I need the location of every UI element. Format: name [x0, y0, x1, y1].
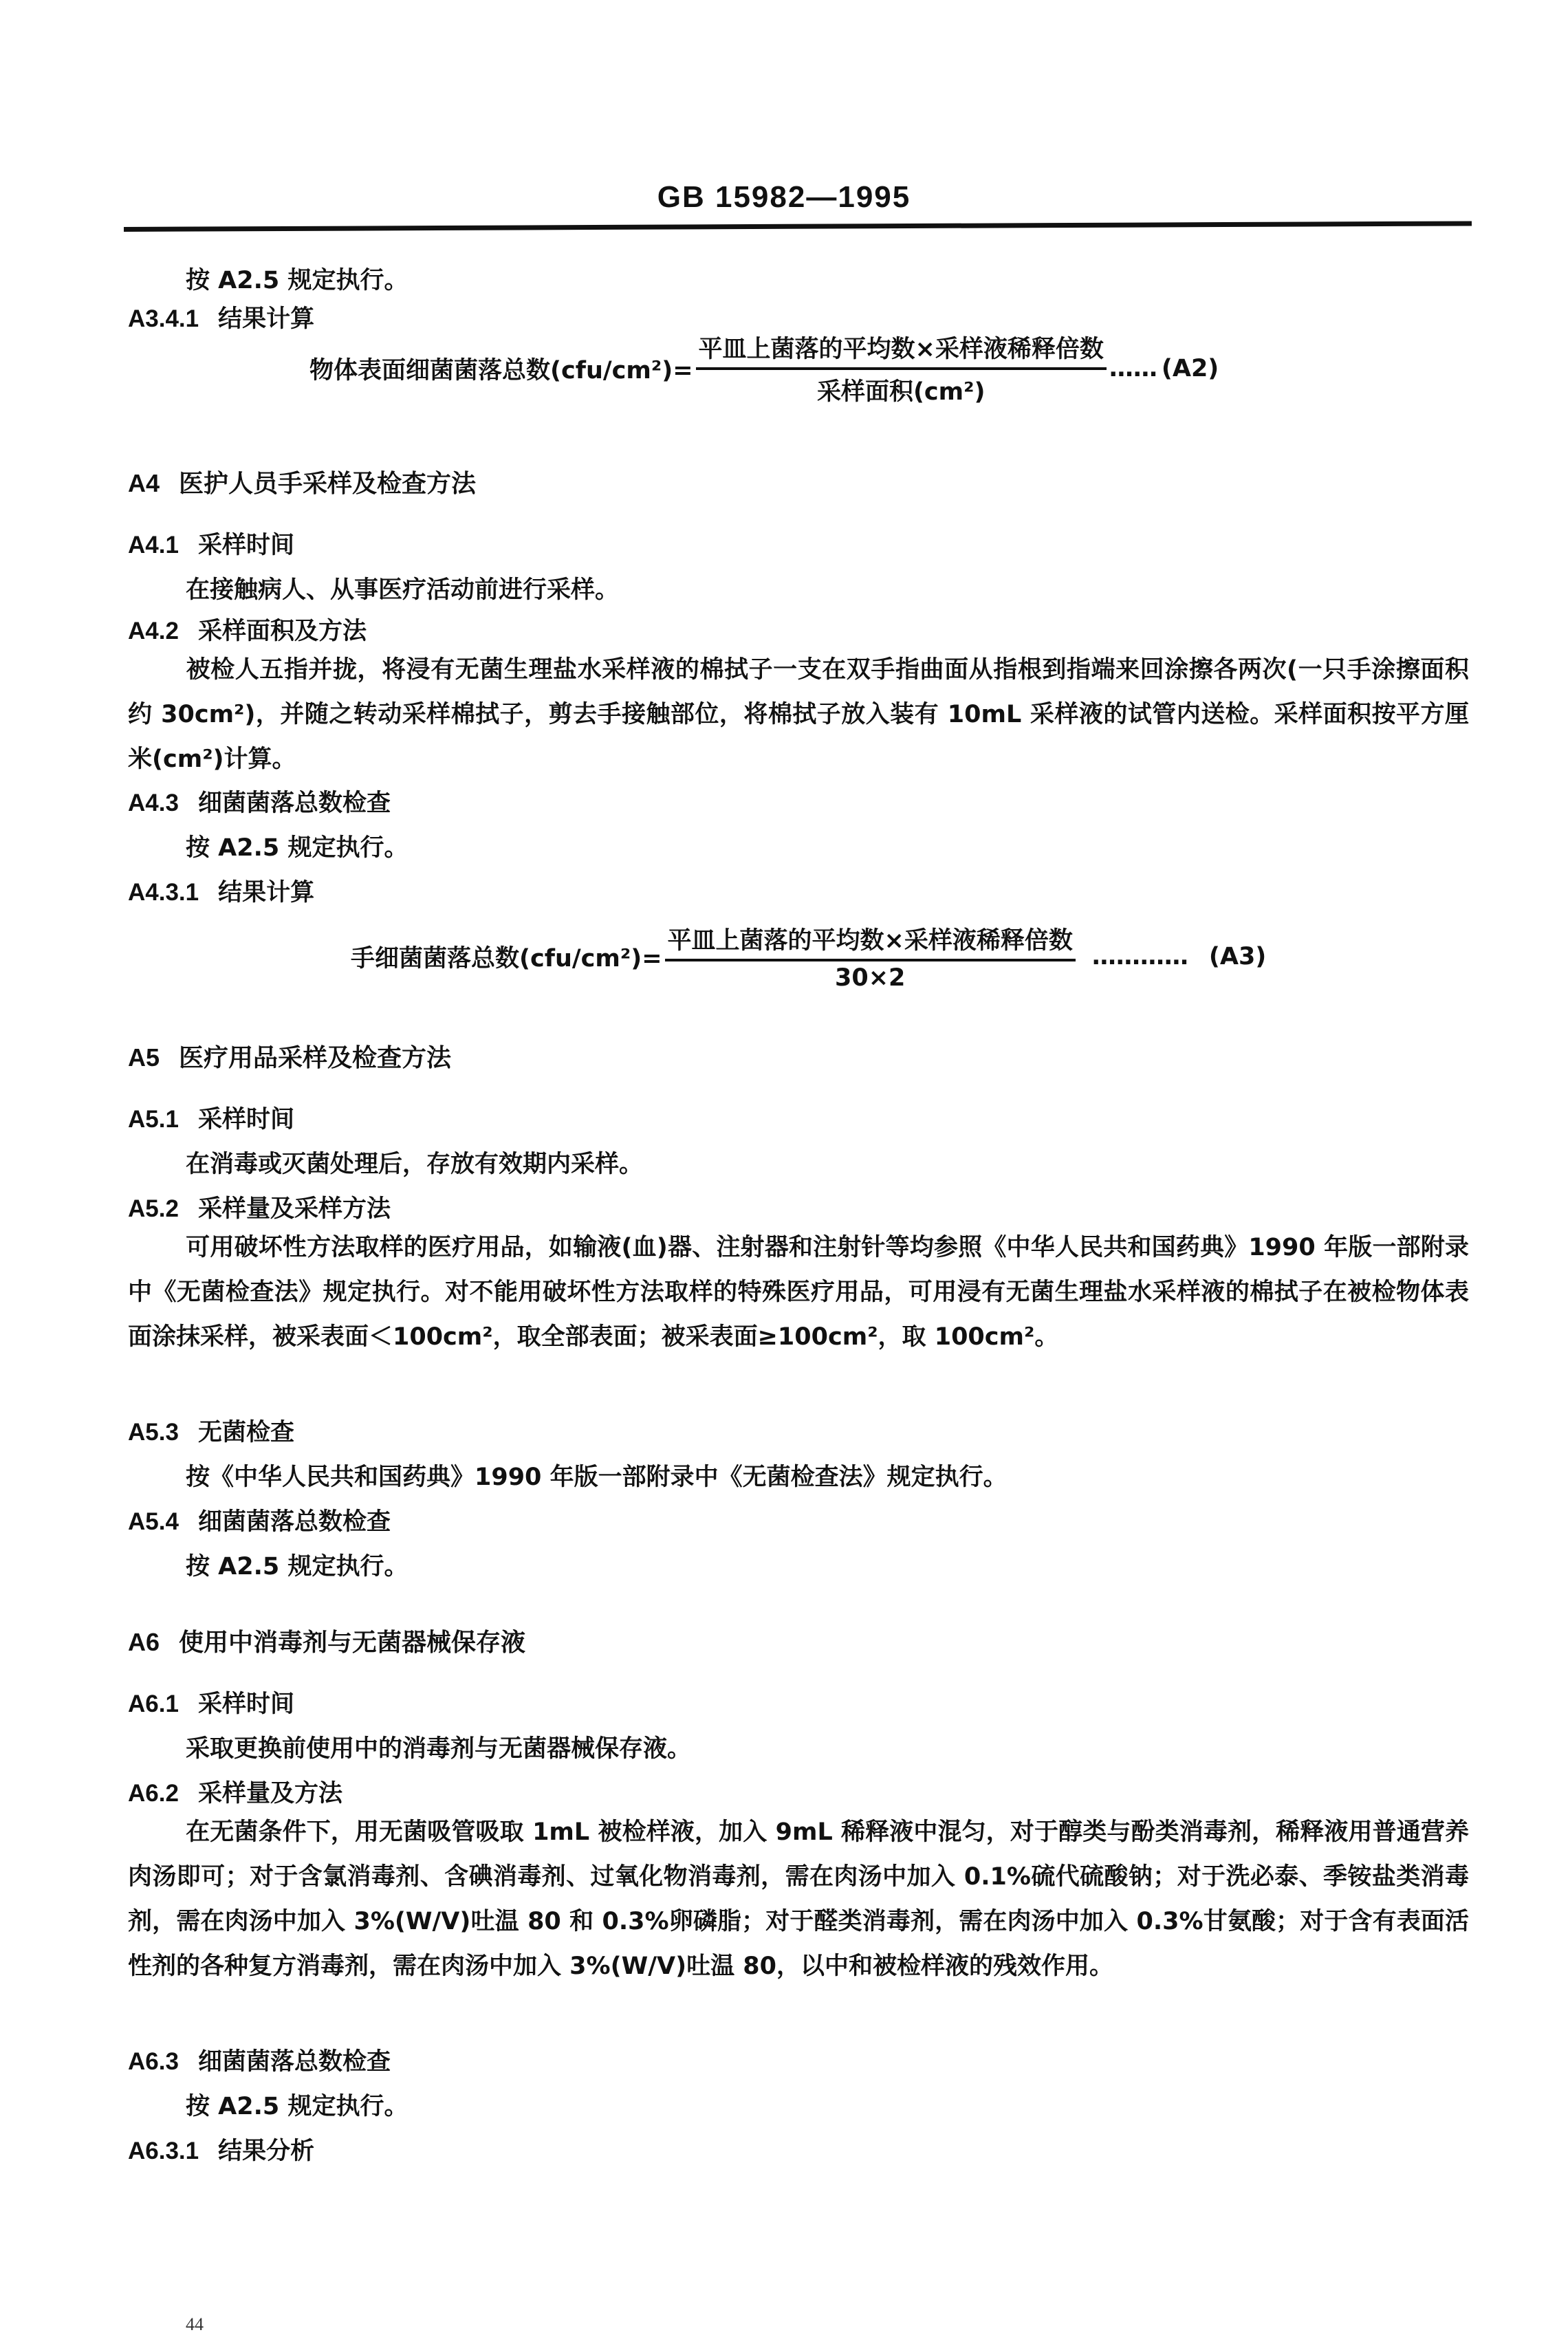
paragraph-a5-1: 在消毒或灭菌处理后，存放有效期内采样。 [186, 1145, 643, 1180]
formula-denominator: 采样面积(cm²) [817, 370, 986, 407]
section-number: A3.4.1 [128, 305, 199, 333]
section-number: A4.3.1 [128, 879, 199, 906]
section-number: A4.2 [128, 618, 179, 645]
formula-lhs: 物体表面细菌菌落总数(cfu/cm²)= [309, 351, 693, 386]
section-number: A5.1 [128, 1106, 179, 1133]
paragraph-a5-4: 按 A2.5 规定执行。 [186, 1547, 408, 1582]
section-title: 采样时间 [198, 1691, 294, 1718]
section-number: A6.1 [128, 1691, 179, 1718]
paragraph-a4-3: 按 A2.5 规定执行。 [186, 829, 408, 863]
header-divider [124, 221, 1472, 232]
paragraph-a5-2: 可用破坏性方法取样的医疗用品，如输液(血)器、注射器和注射针等均参照《中华人民共… [128, 1226, 1469, 1360]
equation-label: (A3) [1209, 943, 1266, 970]
section-heading-a5-1: A5.1采样时间 [128, 1100, 294, 1135]
paragraph-text: 被检人五指并拢，将浸有无菌生理盐水采样液的棉拭子一支在双手指曲面从指根到指端来回… [128, 656, 1469, 773]
section-heading-a3-4-1: A3.4.1结果计算 [128, 300, 314, 334]
section-heading-a5-4: A5.4细菌菌落总数检查 [128, 1503, 391, 1537]
section-title: 结果分析 [218, 2138, 314, 2165]
section-title: 医疗用品采样及检查方法 [179, 1044, 451, 1072]
section-number: A5.4 [128, 1508, 179, 1536]
formula-leader-dots: …… [1109, 355, 1157, 382]
paragraph-a6-3: 按 A2.5 规定执行。 [186, 2087, 408, 2122]
section-number: A4.3 [128, 790, 179, 817]
section-title: 采样量及方法 [198, 1780, 342, 1807]
paragraph-text: 可用破坏性方法取样的医疗用品，如输液(血)器、注射器和注射针等均参照《中华人民共… [128, 1234, 1469, 1351]
section-heading-a5-2: A5.2采样量及采样方法 [128, 1190, 391, 1224]
section-title: 细菌菌落总数检查 [198, 1508, 391, 1536]
section-number: A6 [128, 1628, 160, 1657]
section-title: 细菌菌落总数检查 [198, 790, 391, 817]
section-number: A5 [128, 1043, 160, 1072]
paragraph-a4-1: 在接触病人、从事医疗活动前进行采样。 [186, 571, 619, 605]
formula-leader-dots: ………… [1092, 943, 1188, 970]
section-heading-a6-1: A6.1采样时间 [128, 1685, 294, 1719]
section-number: A6.3 [128, 2048, 179, 2076]
section-heading-a6-3: A6.3细菌菌落总数检查 [128, 2043, 391, 2077]
formula-lhs: 手细菌菌落总数(cfu/cm²)= [351, 939, 662, 974]
formula-a3: 手细菌菌落总数(cfu/cm²)= 平皿上菌落的平均数×采样液稀释倍数 30×2… [351, 922, 1266, 992]
formula-numerator: 平皿上菌落的平均数×采样液稀释倍数 [696, 330, 1107, 370]
paragraph-a5-3: 按《中华人民共和国药典》1990 年版一部附录中《无菌检查法》规定执行。 [186, 1458, 1008, 1492]
formula-fraction: 平皿上菌落的平均数×采样液稀释倍数 30×2 [665, 922, 1076, 992]
section-title: 无菌检查 [198, 1419, 294, 1446]
section-heading-a6-2: A6.2采样量及方法 [128, 1774, 342, 1809]
formula-fraction: 平皿上菌落的平均数×采样液稀释倍数 采样面积(cm²) [696, 330, 1107, 407]
section-number: A4.1 [128, 532, 179, 559]
formula-numerator: 平皿上菌落的平均数×采样液稀释倍数 [665, 922, 1076, 961]
page-header-standard-code: GB 15982—1995 [0, 180, 1568, 215]
section-title: 使用中消毒剂与无菌器械保存液 [179, 1629, 525, 1657]
section-title: 采样量及采样方法 [198, 1195, 391, 1223]
paragraph-a4-2: 被检人五指并拢，将浸有无菌生理盐水采样液的棉拭子一支在双手指曲面从指根到指端来回… [128, 648, 1469, 782]
section-heading-a5: A5医疗用品采样及检查方法 [128, 1039, 451, 1074]
formula-denominator: 30×2 [835, 961, 905, 992]
section-title: 细菌菌落总数检查 [198, 2048, 391, 2076]
section-heading-a5-3: A5.3无菌检查 [128, 1413, 294, 1448]
section-title: 采样时间 [198, 532, 294, 559]
section-heading-a4-2: A4.2采样面积及方法 [128, 612, 367, 646]
section-number: A6.3.1 [128, 2138, 199, 2165]
section-title: 采样时间 [198, 1106, 294, 1133]
section-number: A5.2 [128, 1195, 179, 1223]
section-heading-a4-1: A4.1采样时间 [128, 526, 294, 561]
paragraph-text: 在无菌条件下，用无菌吸管吸取 1mL 被检样液，加入 9mL 稀释液中混匀，对于… [128, 1818, 1469, 1980]
section-heading-a4-3: A4.3细菌菌落总数检查 [128, 784, 391, 818]
section-title: 结果计算 [218, 879, 314, 906]
section-title: 医护人员手采样及检查方法 [179, 470, 476, 498]
paragraph-a6-2: 在无菌条件下，用无菌吸管吸取 1mL 被检样液，加入 9mL 稀释液中混匀，对于… [128, 1810, 1469, 1989]
paragraph-a6-1: 采取更换前使用中的消毒剂与无菌器械保存液。 [186, 1730, 691, 1764]
section-number: A5.3 [128, 1419, 179, 1446]
section-heading-a6-3-1: A6.3.1结果分析 [128, 2132, 314, 2166]
section-number: A4 [128, 469, 160, 498]
formula-a2: 物体表面细菌菌落总数(cfu/cm²)= 平皿上菌落的平均数×采样液稀释倍数 采… [309, 330, 1219, 407]
section-title: 结果计算 [218, 305, 314, 333]
section-heading-a6: A6使用中消毒剂与无菌器械保存液 [128, 1623, 525, 1658]
section-heading-a4: A4医护人员手采样及检查方法 [128, 464, 476, 499]
equation-label: (A2) [1162, 355, 1219, 382]
section-number: A6.2 [128, 1780, 179, 1807]
page-number: 44 [186, 2314, 204, 2335]
section-heading-a4-3-1: A4.3.1结果计算 [128, 873, 314, 908]
paragraph-a3-reference: 按 A2.5 规定执行。 [186, 261, 408, 296]
section-title: 采样面积及方法 [198, 618, 367, 645]
